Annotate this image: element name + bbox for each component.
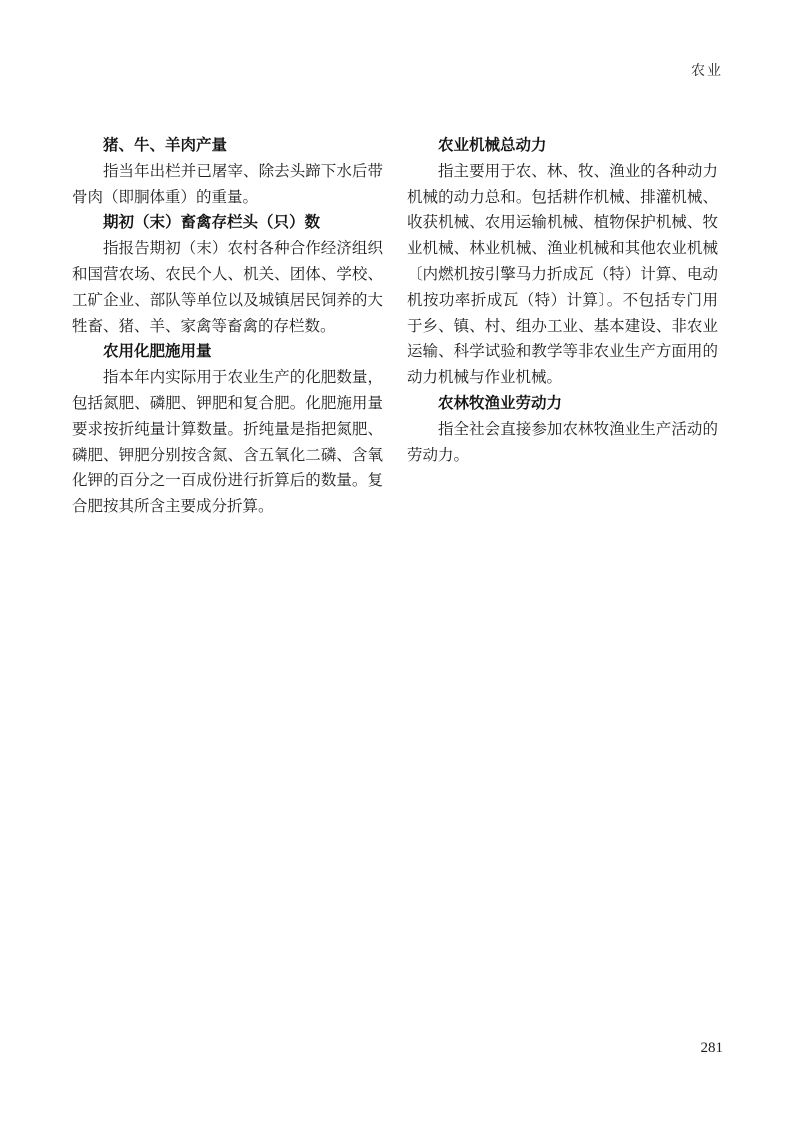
term-heading: 农用化肥施用量 <box>72 339 383 365</box>
right-column: 农业机械总动力 指主要用于农、林、牧、渔业的各种动力机械的动力总和。包括耕作机械… <box>407 133 718 520</box>
term-definition: 指报告期初（末）农村各种合作经济组织和国营农场、农民个人、机关、团体、学校、工矿… <box>72 236 383 339</box>
term-definition: 指主要用于农、林、牧、渔业的各种动力机械的动力总和。包括耕作机械、排灌机械、收获… <box>407 159 718 391</box>
term-heading: 农业机械总动力 <box>407 133 718 159</box>
document-page: 农业 猪、牛、羊肉产量 指当年出栏并已屠宰、除去头蹄下水后带骨肉（即胴体重）的重… <box>0 0 793 1122</box>
term-heading: 农林牧渔业劳动力 <box>407 391 718 417</box>
term-section: 农用化肥施用量 指本年内实际用于农业生产的化肥数量，包括氮肥、磷肥、钾肥和复合肥… <box>72 339 383 520</box>
term-section: 期初（末）畜禽存栏头（只）数 指报告期初（末）农村各种合作经济组织和国营农场、农… <box>72 210 383 339</box>
page-number: 281 <box>701 1040 724 1057</box>
term-section: 猪、牛、羊肉产量 指当年出栏并已屠宰、除去头蹄下水后带骨肉（即胴体重）的重量。 <box>72 133 383 210</box>
page-content: 猪、牛、羊肉产量 指当年出栏并已屠宰、除去头蹄下水后带骨肉（即胴体重）的重量。 … <box>72 133 718 520</box>
running-header: 农业 <box>691 60 723 80</box>
term-definition: 指当年出栏并已屠宰、除去头蹄下水后带骨肉（即胴体重）的重量。 <box>72 159 383 211</box>
term-heading: 期初（末）畜禽存栏头（只）数 <box>72 210 383 236</box>
term-heading: 猪、牛、羊肉产量 <box>72 133 383 159</box>
term-section: 农业机械总动力 指主要用于农、林、牧、渔业的各种动力机械的动力总和。包括耕作机械… <box>407 133 718 391</box>
term-definition: 指全社会直接参加农林牧渔业生产活动的劳动力。 <box>407 417 718 469</box>
left-column: 猪、牛、羊肉产量 指当年出栏并已屠宰、除去头蹄下水后带骨肉（即胴体重）的重量。 … <box>72 133 383 520</box>
term-definition: 指本年内实际用于农业生产的化肥数量，包括氮肥、磷肥、钾肥和复合肥。化肥施用量要求… <box>72 365 383 520</box>
term-section: 农林牧渔业劳动力 指全社会直接参加农林牧渔业生产活动的劳动力。 <box>407 391 718 468</box>
